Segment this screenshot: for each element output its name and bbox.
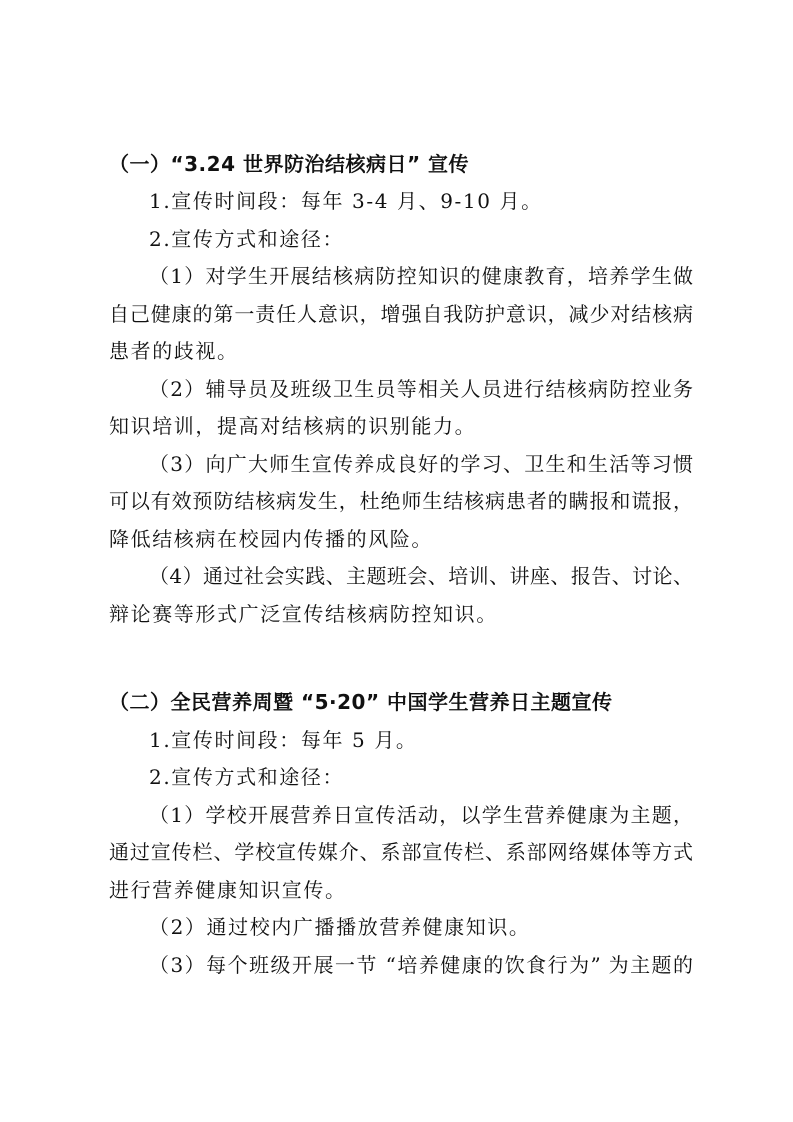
section1-time-period: 1.宣传时间段：每年 3-4 月、9-10 月。 [149, 188, 543, 214]
section-heading-world-tb-day: （一）“3.24 世界防治结核病日” 宣传 [109, 151, 469, 177]
section2-item2-line1: （2）通过校内广播播放营养健康知识。 [149, 914, 531, 940]
section2-item1-line2: 通过宣传栏、学校宣传媒介、系部宣传栏、系部网络媒体等方式 [109, 839, 693, 865]
section1-item1-line2: 自己健康的第一责任人意识，增强自我防护意识，减少对结核病 [109, 301, 693, 327]
section1-item4-line1: （4）通过社会实践、主题班会、培训、讲座、报告、讨论、 [149, 563, 693, 589]
section1-item3-line2: 可以有效预防结核病发生，杜绝师生结核病患者的瞒报和谎报， [109, 488, 693, 514]
section1-item1-line1: （1）对学生开展结核病防控知识的健康教育，培养学生做 [149, 263, 693, 289]
section1-item3-line1: （3）向广大师生宣传养成良好的学习、卫生和生活等习惯 [149, 451, 693, 477]
section1-item1-line3: 患者的歧视。 [109, 338, 239, 364]
section-heading-nutrition-day: （二）全民营养周暨 “5·20” 中国学生营养日主题宣传 [109, 689, 613, 715]
section2-time-period: 1.宣传时间段：每年 5 月。 [149, 727, 418, 753]
section1-item2-line2: 知识培训，提高对结核病的识别能力。 [109, 413, 476, 439]
section2-item1-line3: 进行营养健康知识宣传。 [109, 877, 347, 903]
section2-item3-line1: （3）每个班级开展一节 “培养健康的饮食行为” 为主题的 [149, 952, 693, 978]
section1-methods-label: 2.宣传方式和途径： [149, 226, 344, 252]
section1-item4-line2: 辩论赛等形式广泛宣传结核病防控知识。 [109, 601, 498, 627]
section1-item3-line3: 降低结核病在校园内传播的风险。 [109, 526, 433, 552]
section1-item2-line1: （2）辅导员及班级卫生员等相关人员进行结核病防控业务 [149, 376, 693, 402]
section2-item1-line1: （1）学校开展营养日宣传活动，以学生营养健康为主题， [149, 802, 693, 828]
section2-methods-label: 2.宣传方式和途径： [149, 764, 344, 790]
